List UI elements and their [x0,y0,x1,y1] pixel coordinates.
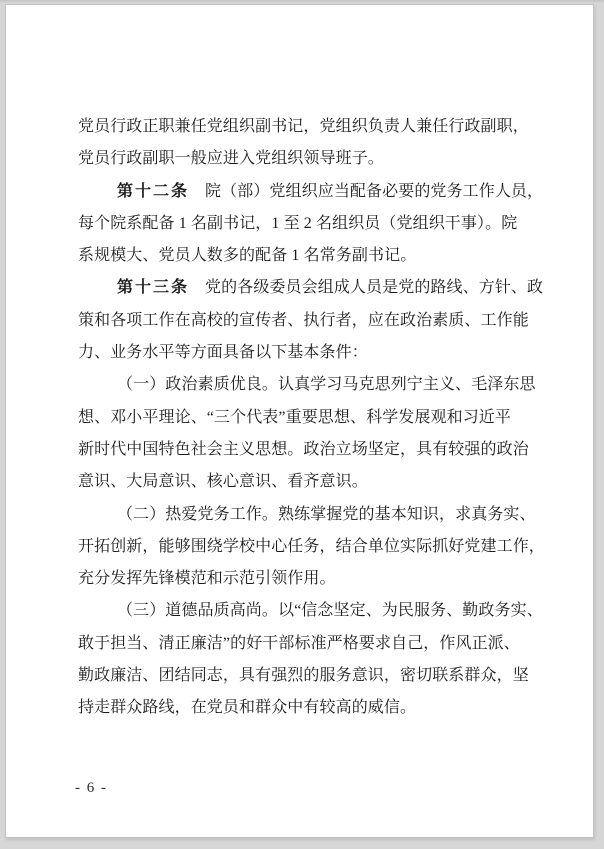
page-number: - 6 - [75,780,108,797]
text-line: 意识、大局意识、核心意识、看齐意识。 [78,466,548,498]
text-line: 持走群众路线，在党员和群众中有较高的威信。 [78,692,548,724]
document-page: 党员行政正职兼任党组织副书记，党组织负责人兼任行政副职，党员行政副职一般应进入党… [5,4,594,838]
text-line: 开拓创新，能够围绕学校中心任务，结合单位实际抓好党建工作， [78,531,548,563]
line-text: 院（部）党组织应当配备必要的党务工作人员， [205,183,543,200]
document-body: 党员行政正职兼任党组织副书记，党组织负责人兼任行政副职，党员行政副职一般应进入党… [78,111,548,725]
text-line: （三）道德品质高尚。以“信念坚定、为民服务、勤政务实、 [78,595,548,627]
article-number: 第十三条 [117,279,189,296]
document-viewer: { "viewer": { "background_color": "#d6d6… [0,0,604,849]
text-line: 策和各项工作在高校的宣传者、执行者，应在政治素质、工作能 [78,305,548,337]
text-line: 新时代中国特色社会主义思想。政治立场坚定，具有较强的政治 [78,434,548,466]
text-line: 敢于担当、清正廉洁”的好干部标准严格要求自己，作风正派、 [78,628,548,660]
text-line: 想、邓小平理论、“三个代表”重要思想、科学发展观和习近平 [78,402,548,434]
line-text: 党的各级委员会组成人员是党的路线、方针、政 [205,279,543,296]
text-line: 党员行政正职兼任党组织副书记，党组织负责人兼任行政副职， [78,111,548,143]
text-line: （一）政治素质优良。认真学习马克思列宁主义、毛泽东思 [78,369,548,401]
text-line: （二）热爱党务工作。熟练掌握党的基本知识，求真务实、 [78,499,548,531]
text-line: 党员行政副职一般应进入党组织领导班子。 [78,143,548,175]
text-line: 勤政廉洁、团结同志，具有强烈的服务意识，密切联系群众，坚 [78,660,548,692]
text-line: 每个院系配备 1 名副书记，1 至 2 名组织员（党组织干事）。院 [78,208,548,240]
article-number: 第十二条 [117,183,189,200]
text-line: 第十二条院（部）党组织应当配备必要的党务工作人员， [78,176,548,208]
text-line: 力、业务水平等方面具备以下基本条件： [78,337,548,369]
text-line: 充分发挥先锋模范和示范引领作用。 [78,563,548,595]
text-line: 第十三条党的各级委员会组成人员是党的路线、方针、政 [78,272,548,304]
text-line: 系规模大、党员人数多的配备 1 名常务副书记。 [78,240,548,272]
